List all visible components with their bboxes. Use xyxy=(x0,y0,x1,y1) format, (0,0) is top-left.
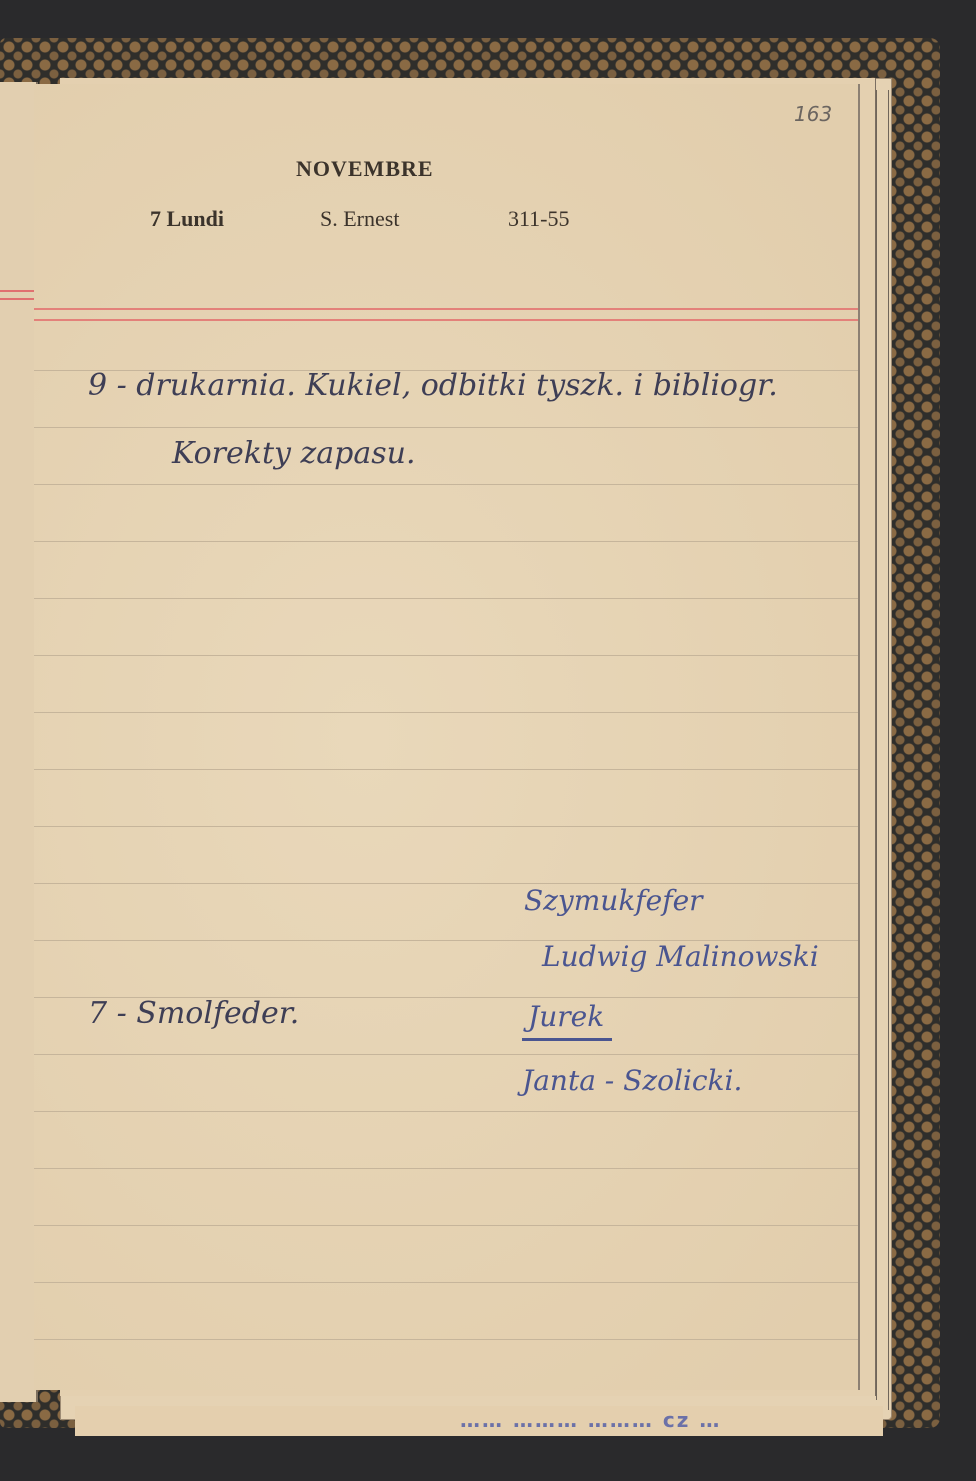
header-red-rule xyxy=(34,319,858,321)
ruled-line xyxy=(34,883,858,884)
bleed-through-text: …… ……… ……… cz … xyxy=(460,1408,721,1432)
month-heading: NOVEMBRE xyxy=(296,156,434,182)
left-page-red-rule xyxy=(0,290,36,292)
ruled-line xyxy=(34,826,858,827)
ruled-line xyxy=(34,1282,858,1283)
handwritten-entry: Korekty zapasu. xyxy=(172,436,416,471)
signature-underlined: Jurek xyxy=(528,1000,604,1033)
ruled-line xyxy=(34,484,858,485)
underline xyxy=(522,1038,612,1041)
page-number: 163 xyxy=(794,102,832,126)
ruled-line xyxy=(34,1339,858,1340)
left-page-edge xyxy=(0,82,38,1402)
diary-page: 163 NOVEMBRE 7 Lundi S. Ernest 311-55 9 … xyxy=(34,84,860,1390)
ruled-line xyxy=(34,1054,858,1055)
left-page-red-rule xyxy=(0,298,36,300)
ruled-line xyxy=(34,427,858,428)
day-of-year: 311-55 xyxy=(508,206,570,232)
handwritten-entry: 9 - drukarnia. Kukiel, odbitki tyszk. i … xyxy=(88,368,778,403)
ruled-line xyxy=(34,655,858,656)
signature: Ludwig Malinowski xyxy=(542,940,819,973)
ruled-line xyxy=(34,1168,858,1169)
header-red-rule xyxy=(34,308,858,310)
ruled-line xyxy=(34,1111,858,1112)
day-label: 7 Lundi xyxy=(150,206,224,232)
page-edge-line xyxy=(888,90,889,1410)
page-edge-line xyxy=(876,90,877,1400)
ruled-line xyxy=(34,769,858,770)
ruled-line xyxy=(34,1225,858,1226)
signature: Szymukfefer xyxy=(524,884,703,917)
handwritten-entry: 7 - Smolfeder. xyxy=(88,996,299,1031)
ruled-line xyxy=(34,712,858,713)
ruled-line xyxy=(34,541,858,542)
saint-label: S. Ernest xyxy=(320,206,399,232)
ruled-line xyxy=(34,598,858,599)
signature-text: Jurek xyxy=(528,1000,604,1033)
signature: Janta - Szolicki. xyxy=(522,1064,742,1097)
